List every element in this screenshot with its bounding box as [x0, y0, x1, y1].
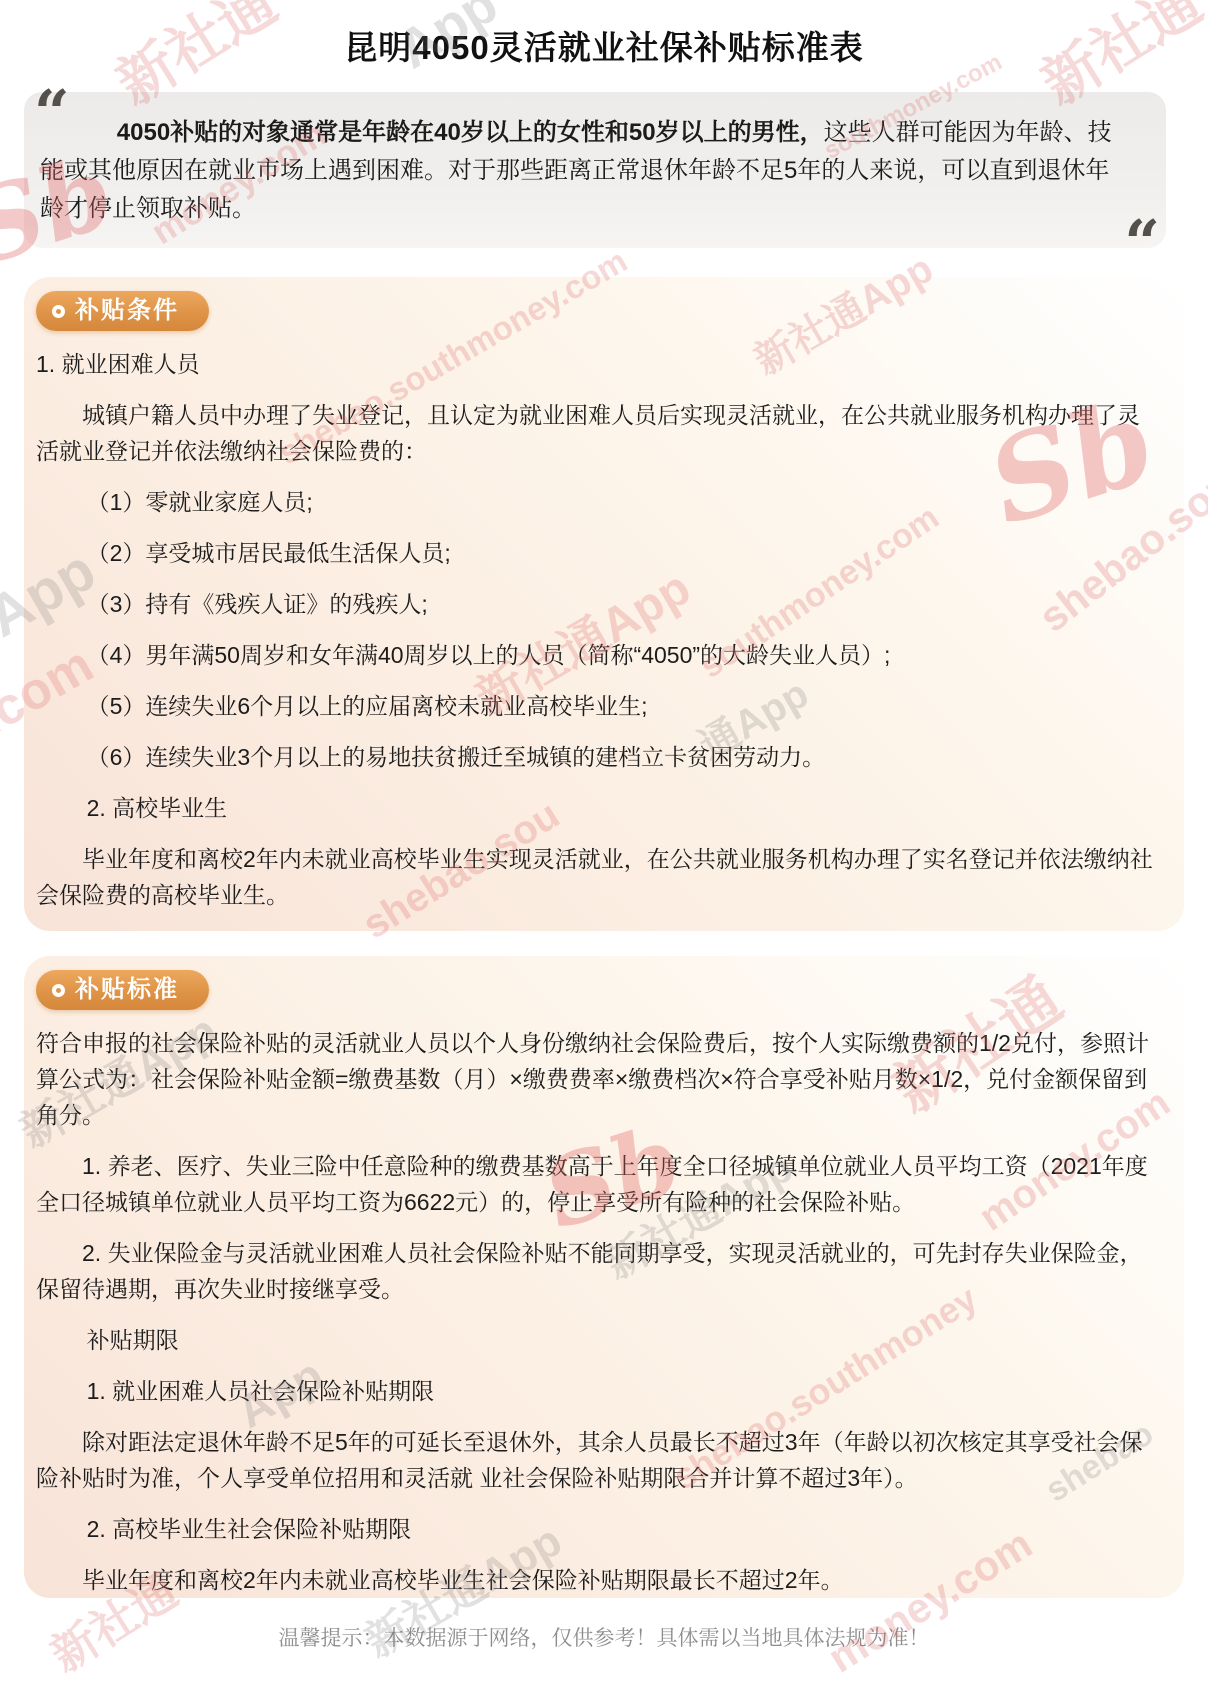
quote-close-icon: “ — [1124, 212, 1160, 274]
paragraph: 毕业年度和离校2年内未就业高校毕业生社会保险补贴期限最长不超过2年。 — [36, 1562, 1156, 1598]
list-item: （2）享受城市居民最低生活保人员; — [87, 535, 1156, 571]
paragraph: 1. 就业困难人员 — [36, 346, 1156, 382]
paragraph: 2. 高校毕业生 — [87, 790, 1156, 826]
paragraph: 2. 高校毕业生社会保险补贴期限 — [87, 1511, 1156, 1547]
paragraph: 除对距法定退休年龄不足5年的可延长至退休外，其余人员最长不超过3年（年龄以初次核… — [36, 1424, 1156, 1496]
section-badge-standards: 补贴标准 — [36, 970, 209, 1010]
circle-icon — [52, 305, 65, 318]
section-badge-label: 补贴条件 — [75, 293, 179, 329]
circle-icon — [52, 984, 65, 997]
intro-paragraph: 4050补贴的对象通常是年龄在40岁以上的女性和50岁以上的男性，这些人群可能因… — [40, 114, 1120, 228]
paragraph: 城镇户籍人员中办理了失业登记，且认定为就业困难人员后实现灵活就业，在公共就业服务… — [36, 397, 1156, 469]
footer-disclaimer: 温馨提示：本数据源于网络，仅供参考！具体需以当地具体法规为准！ — [0, 1622, 1208, 1652]
section-content: 补贴条件 1. 就业困难人员 城镇户籍人员中办理了失业登记，且认定为就业困难人员… — [24, 277, 1184, 913]
paragraph: 符合申报的社会保险补贴的灵活就业人员以个人身份缴纳社会保险费后，按个人实际缴费额… — [36, 1025, 1156, 1133]
section-content: 补贴标准 符合申报的社会保险补贴的灵活就业人员以个人身份缴纳社会保险费后，按个人… — [24, 956, 1184, 1598]
quote-open-icon: “ — [34, 82, 70, 144]
list-item: （5）连续失业6个月以上的应届离校未就业高校毕业生; — [87, 688, 1156, 724]
paragraph: 1. 就业困难人员社会保险补贴期限 — [87, 1373, 1156, 1409]
paragraph: 2. 失业保险金与灵活就业困难人员社会保险补贴不能同期享受，实现灵活就业的，可先… — [36, 1235, 1156, 1307]
section-badge-label: 补贴标准 — [75, 972, 179, 1008]
section-subsidy-conditions: 补贴条件 1. 就业困难人员 城镇户籍人员中办理了失业登记，且认定为就业困难人员… — [24, 277, 1184, 931]
intro-card: “ 4050补贴的对象通常是年龄在40岁以上的女性和50岁以上的男性，这些人群可… — [24, 92, 1166, 248]
paragraph: 毕业年度和离校2年内未就业高校毕业生实现灵活就业，在公共就业服务机构办理了实名登… — [36, 841, 1156, 913]
paragraph: 1. 养老、医疗、失业三险中任意险种的缴费基数高于上年度全口径城镇单位就业人员平… — [36, 1148, 1156, 1220]
list-item: （4）男年满50周岁和女年满40周岁以上的人员（简称“4050”的大龄失业人员）… — [87, 637, 1156, 673]
section-badge-conditions: 补贴条件 — [36, 291, 209, 331]
intro-lead-bold: 4050补贴的对象通常是年龄在40岁以上的女性和50岁以上的男性， — [117, 119, 824, 146]
paragraph: 补贴期限 — [87, 1322, 1156, 1358]
list-item: （3）持有《残疾人证》的残疾人; — [87, 586, 1156, 622]
infographic-page: 昆明4050灵活就业社保补贴标准表 “ 4050补贴的对象通常是年龄在40岁以上… — [0, 0, 1208, 1686]
page-title: 昆明4050灵活就业社保补贴标准表 — [0, 22, 1208, 69]
list-item: （6）连续失业3个月以上的易地扶贫搬迁至城镇的建档立卡贫困劳动力。 — [87, 739, 1156, 775]
section-subsidy-standards: 补贴标准 符合申报的社会保险补贴的灵活就业人员以个人身份缴纳社会保险费后，按个人… — [24, 956, 1184, 1598]
list-item: （1）零就业家庭人员; — [87, 484, 1156, 520]
